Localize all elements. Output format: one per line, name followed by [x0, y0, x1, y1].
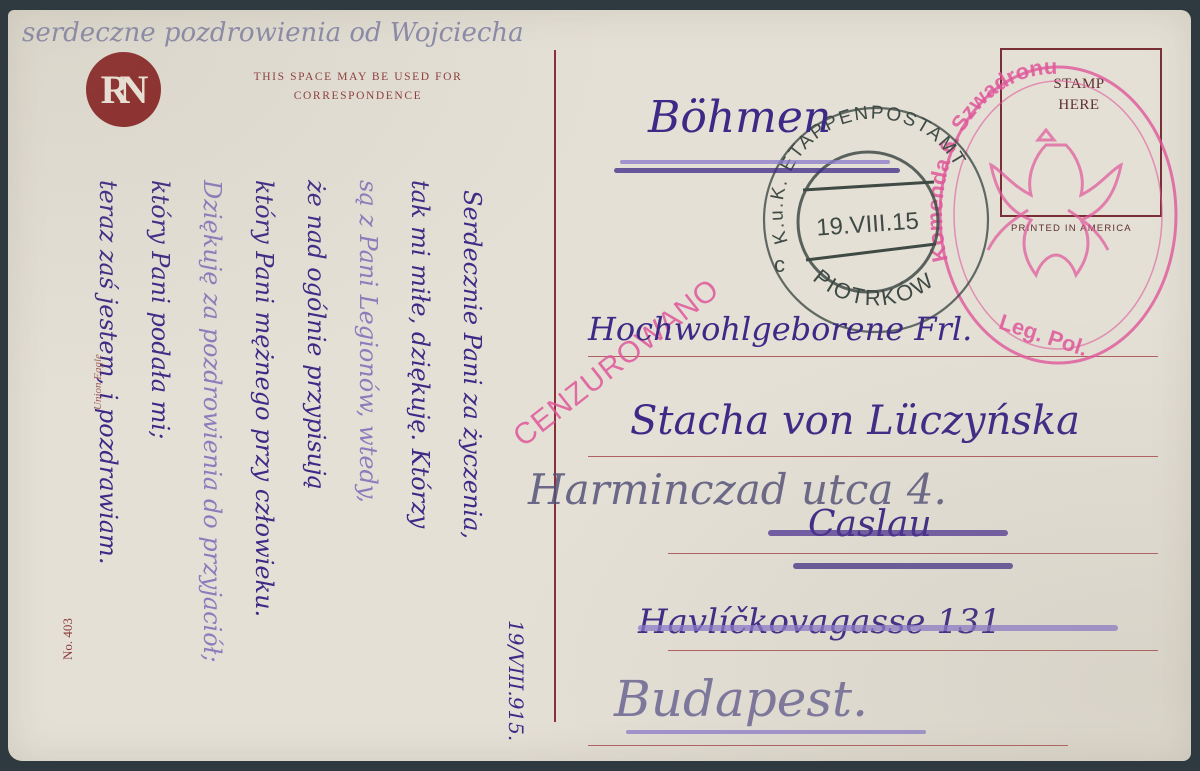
message-line: że nad ogólnie przypisują [302, 180, 330, 490]
strike-through [793, 563, 1013, 569]
center-divider [554, 50, 556, 722]
correspondence-heading: THIS SPACE MAY BE USED FOR CORRESPONDENC… [208, 68, 508, 106]
message-line: który Pani podała mi; [146, 180, 174, 439]
address-line [588, 745, 1068, 746]
message-line: Dziękuję za pozdrowienia do przyjaciół; [198, 180, 226, 663]
country-underline [614, 168, 900, 173]
address-salutation: Hochwohlgeborene Frl. [588, 310, 972, 348]
address-country: Böhmen [648, 92, 831, 143]
publisher-logo: RN [86, 52, 161, 127]
address-name: Stacha von Lüczyńska [630, 398, 1080, 444]
message-line: tak mi miłe, dziękuję. Którzy [406, 180, 434, 528]
message-date: 19/VIII.915. [504, 620, 528, 741]
strike-through [638, 625, 1118, 631]
svg-text:c: c [774, 252, 785, 277]
svg-text:Leg. Pol.: Leg. Pol. [996, 309, 1091, 361]
top-pencil-note: serdeczne pozdrowienia od Wojciecha [22, 18, 524, 48]
address-city-new: Budapest. [614, 670, 868, 728]
message-block: Serdecznie Pani za życzenia,tak mi miłe,… [46, 180, 506, 740]
eagle-icon [988, 130, 1121, 275]
svg-text:PIOTRKÓW: PIOTRKÓW [809, 264, 939, 310]
address-city-struck: Caslau [808, 504, 932, 545]
country-underline-faint [620, 160, 890, 164]
strike-through [768, 530, 1008, 536]
message-line: Serdecznie Pani za życzenia, [458, 190, 486, 539]
manufacturer-text: Union Eagle [92, 354, 104, 410]
message-line: są z Pani Legionów, wtedy, [354, 180, 382, 503]
address-line [668, 553, 1158, 554]
message-line: który Pani mężnego przy człowieku. [250, 180, 278, 617]
city-underline [626, 730, 926, 734]
address-line [588, 456, 1158, 457]
svg-text:19.VIII.15: 19.VIII.15 [815, 207, 919, 241]
address-street-struck: Havlíčkovagasse 131 [638, 602, 1001, 642]
address-line [668, 650, 1158, 651]
postcard: serdeczne pozdrowienia od Wojciecha RN T… [8, 10, 1191, 761]
card-number: No. 403 [60, 618, 76, 660]
